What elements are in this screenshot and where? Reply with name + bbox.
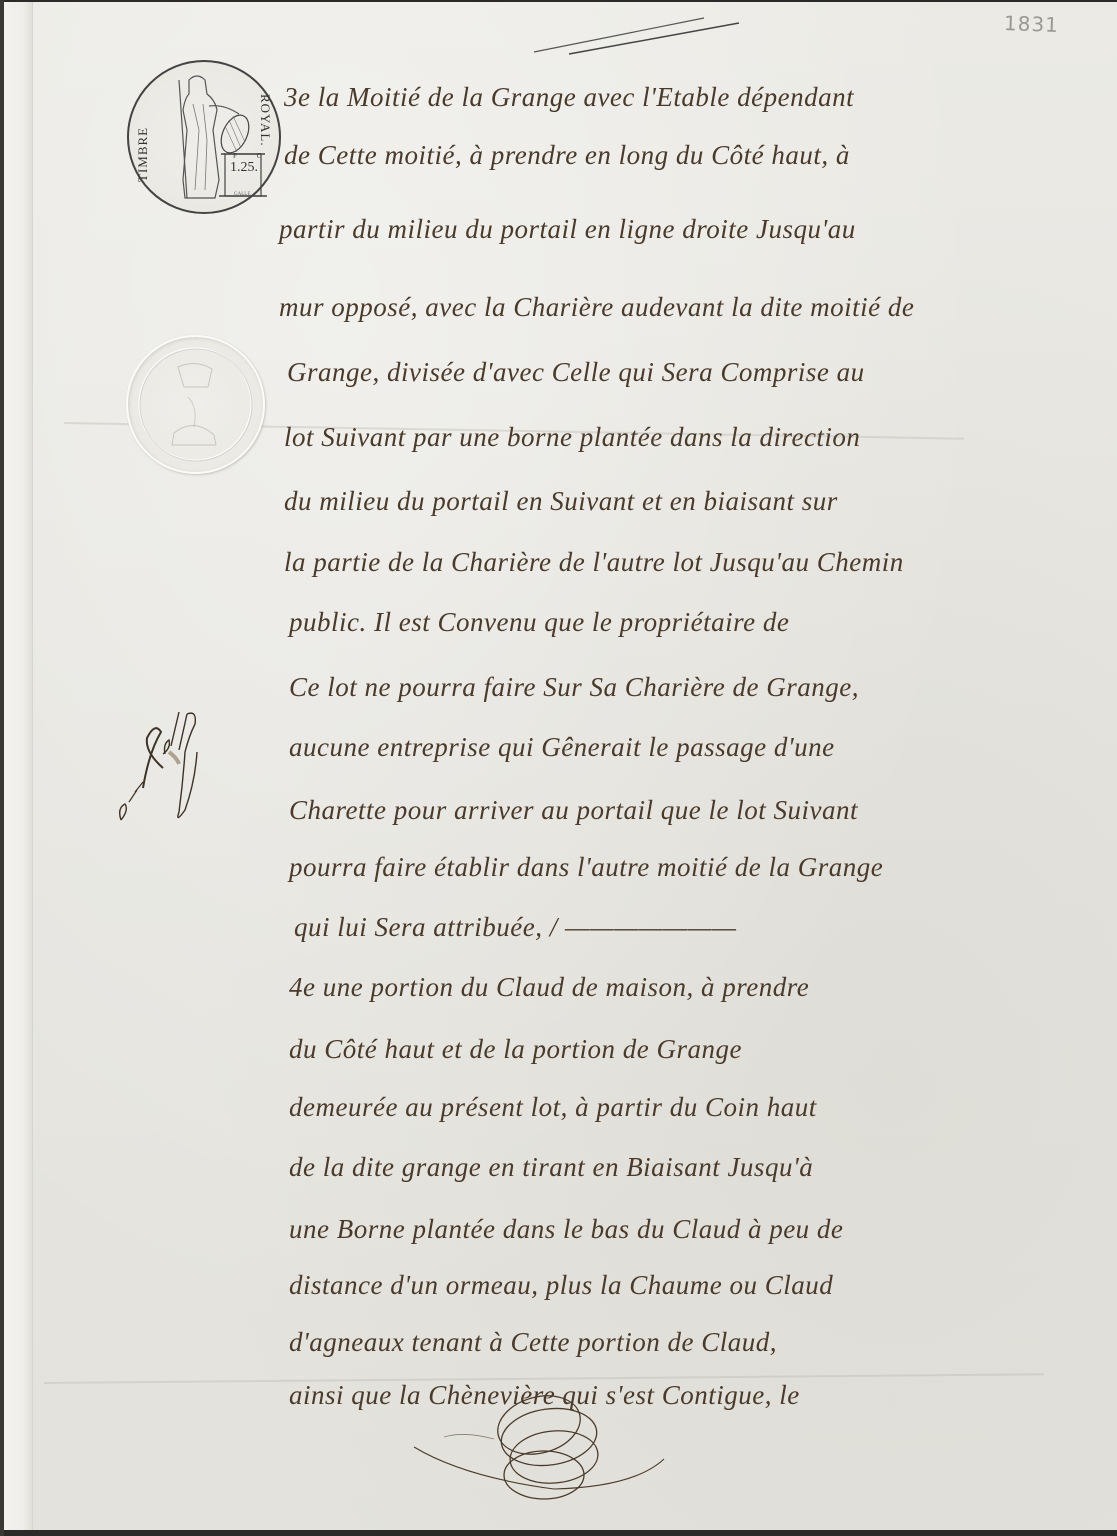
text-line: du Côté haut et de la portion de Grange: [289, 1034, 742, 1065]
text-line: une Borne plantée dans le bas du Claud à…: [289, 1214, 843, 1245]
paraph-flourish-icon: [404, 1387, 704, 1517]
allegorical-figure-icon: [159, 70, 269, 205]
embossed-seal-icon: [128, 337, 263, 472]
text-line: partir du milieu du portail en ligne dro…: [279, 214, 856, 245]
text-line: distance d'un ormeau, plus la Chaume ou …: [289, 1270, 833, 1301]
page-fold: [4, 2, 33, 1530]
text-line: de la dite grange en tirant en Biaisant …: [289, 1152, 813, 1183]
margin-annotation: 3eme Rolle: [99, 692, 219, 832]
text-line: d'agneaux tenant à Cette portion de Clau…: [289, 1327, 777, 1358]
text-line: lot Suivant par une borne plantée dans l…: [284, 422, 860, 453]
text-line: Grange, divisée d'avec Celle qui Sera Co…: [287, 357, 865, 388]
text-line: Ce lot ne pourra faire Sur Sa Charière d…: [289, 672, 859, 703]
embossed-dry-seal: [126, 335, 265, 474]
text-line: demeurée au présent lot, à partir du Coi…: [289, 1092, 817, 1123]
stamp-value: 1.25.: [230, 160, 258, 176]
royal-stamp: TIMBRE ROYAL. F C 1.25. GALLE: [127, 60, 281, 214]
document-page: 1831 TIMBRE ROYAL. F C 1.25. GALLE: [4, 2, 1117, 1530]
text-line: de Cette moitié, à prendre en long du Cô…: [284, 140, 850, 171]
pen-strokes: [524, 12, 764, 62]
text-line: mur opposé, avec la Charière audevant la…: [279, 292, 914, 323]
text-line: public. Il est Convenu que le propriétai…: [289, 607, 789, 638]
archive-number: 1831: [1004, 11, 1060, 37]
text-line: Charette pour arriver au portail que le …: [289, 795, 858, 826]
text-line: 3e la Moitié de la Grange avec l'Etable …: [284, 82, 854, 113]
stamp-unit: F C: [233, 152, 270, 160]
text-line: 4e une portion du Claud de maison, à pre…: [289, 972, 809, 1003]
stamp-maker: GALLE: [234, 192, 250, 197]
text-line: qui lui Sera attribuée, / ———————: [294, 912, 737, 943]
text-line: aucune entreprise qui Gênerait le passag…: [289, 732, 835, 763]
stamp-left-text: TIMBRE: [135, 102, 155, 182]
text-line: la partie de la Charière de l'autre lot …: [284, 547, 904, 578]
text-line: du milieu du portail en Suivant et en bi…: [284, 486, 838, 517]
text-line: pourra faire établir dans l'autre moitié…: [289, 852, 883, 883]
